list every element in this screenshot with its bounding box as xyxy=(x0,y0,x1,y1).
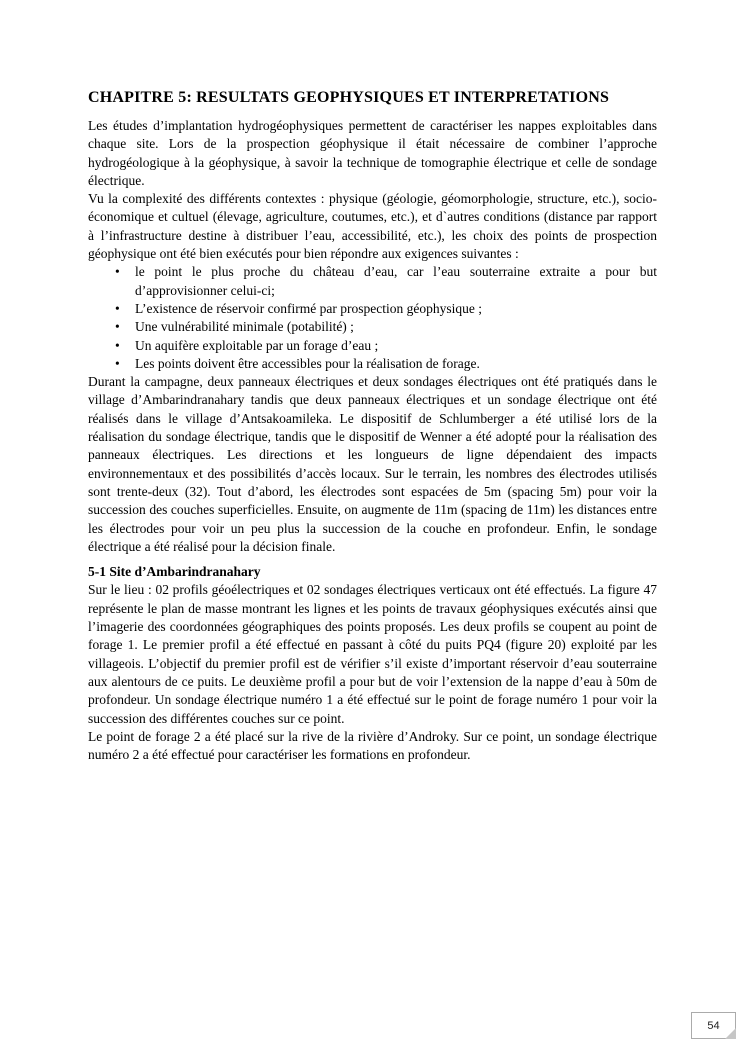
bullet-icon: • xyxy=(115,355,120,373)
campaign-paragraph: Durant la campagne, deux panneaux électr… xyxy=(88,373,657,556)
section-heading: 5-1 Site d’Ambarindranahary xyxy=(88,563,657,581)
requirement-text: L’existence de réservoir confirmé par pr… xyxy=(135,301,482,316)
requirement-text: Un aquifère exploitable par un forage d’… xyxy=(135,338,378,353)
intro-paragraph: Les études d’implantation hydrogéophysiq… xyxy=(88,117,657,190)
list-item: • Une vulnérabilité minimale (potabilité… xyxy=(88,318,657,336)
page-number: 54 xyxy=(707,1020,719,1032)
bullet-icon: • xyxy=(115,318,120,336)
page-content: CHAPITRE 5: RESULTATS GEOPHYSIQUES ET IN… xyxy=(88,88,657,764)
bullet-icon: • xyxy=(115,263,120,281)
site-paragraph-1: Sur le lieu : 02 profils géoélectriques … xyxy=(88,581,657,727)
chapter-title: CHAPITRE 5: RESULTATS GEOPHYSIQUES ET IN… xyxy=(88,88,657,108)
list-item: • Un aquifère exploitable par un forage … xyxy=(88,337,657,355)
bullet-icon: • xyxy=(115,300,120,318)
list-item: • le point le plus proche du château d’e… xyxy=(88,263,657,300)
requirements-list: • le point le plus proche du château d’e… xyxy=(88,263,657,373)
folded-corner-icon xyxy=(725,1028,736,1039)
page-number-badge: 54 xyxy=(691,1012,736,1039)
document-page: { "document": { "chapter_title": "CHAPIT… xyxy=(0,0,745,1053)
list-item: • Les points doivent être accessibles po… xyxy=(88,355,657,373)
list-item: • L’existence de réservoir confirmé par … xyxy=(88,300,657,318)
context-paragraph: Vu la complexité des différents contexte… xyxy=(88,190,657,263)
site-paragraph-2: Le point de forage 2 a été placé sur la … xyxy=(88,728,657,765)
bullet-icon: • xyxy=(115,337,120,355)
requirement-text: le point le plus proche du château d’eau… xyxy=(135,264,657,297)
requirement-text: Une vulnérabilité minimale (potabilité) … xyxy=(135,319,354,334)
requirement-text: Les points doivent être accessibles pour… xyxy=(135,356,480,371)
